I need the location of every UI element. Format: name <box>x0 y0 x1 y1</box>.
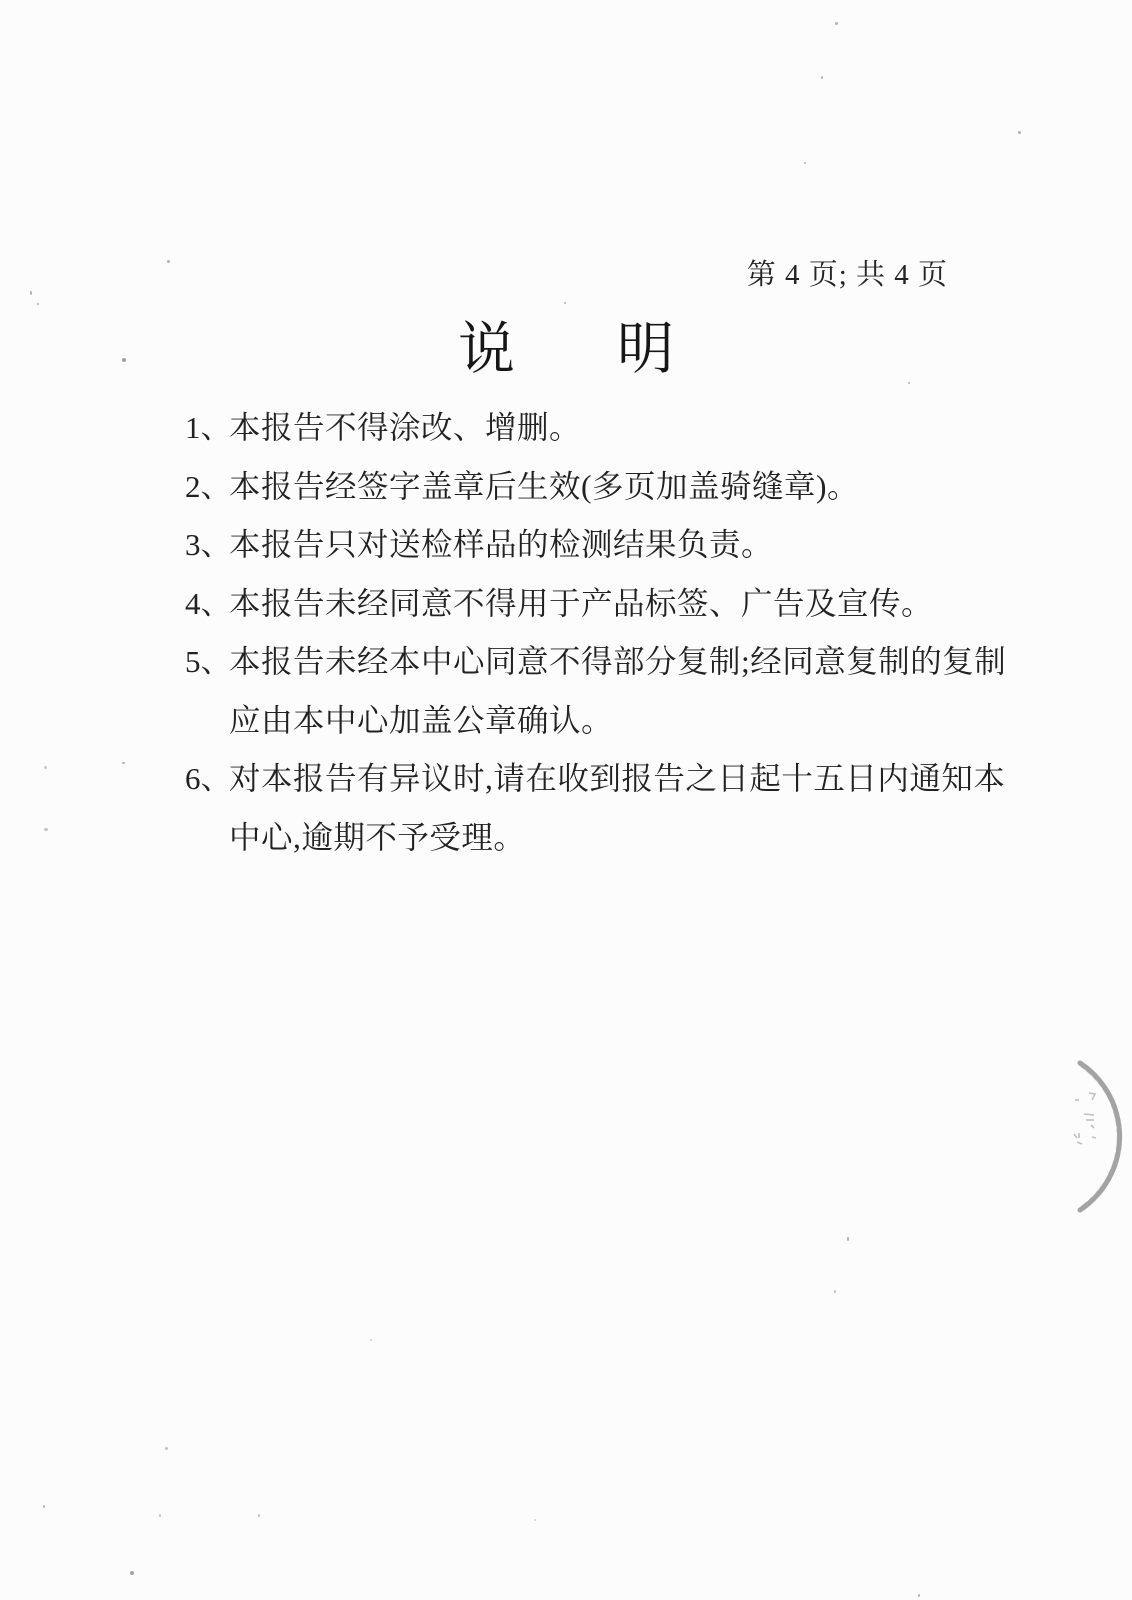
note-line: 本报告经签字盖章后生效(多页加盖骑缝章)。 <box>229 458 1045 517</box>
scan-speck <box>44 828 48 831</box>
note-line: 对本报告有异议时,请在收到报告之日起十五日内通知本 <box>229 750 1045 809</box>
scan-speck <box>122 358 126 362</box>
note-number: 1、 <box>185 399 229 458</box>
note-item-2: 2、 本报告经签字盖章后生效(多页加盖骑缝章)。 <box>185 458 1045 517</box>
scan-speck <box>258 1514 260 1517</box>
note-item-4: 4、 本报告未经同意不得用于产品标签、广告及宣传。 <box>185 575 1045 634</box>
note-line: 本报告不得涂改、增删。 <box>229 399 1045 458</box>
scan-speck <box>835 22 838 25</box>
note-number: 5、 <box>185 633 229 692</box>
partial-seal-arc-icon <box>1020 1030 1132 1230</box>
scan-speck <box>44 766 47 769</box>
scan-speck <box>908 382 910 384</box>
note-item-1: 1、 本报告不得涂改、增删。 <box>185 399 1045 458</box>
note-item-5: 5、 本报告未经本中心同意不得部分复制;经同意复制的复制 应由本中心加盖公章确认… <box>185 633 1045 750</box>
note-item-3: 3、 本报告只对送检样品的检测结果负责。 <box>185 516 1045 575</box>
note-line: 中心,逾期不予受理。 <box>229 809 1045 868</box>
note-line: 应由本中心加盖公章确认。 <box>229 692 1045 751</box>
scan-speck <box>534 1519 536 1521</box>
title-char-right: 明 <box>617 318 674 382</box>
scan-speck <box>30 291 32 295</box>
note-number: 4、 <box>185 575 229 634</box>
note-number: 6、 <box>185 750 229 809</box>
note-number: 2、 <box>185 458 229 517</box>
scan-speck <box>1018 131 1021 134</box>
scan-speck <box>165 1447 168 1450</box>
note-item-6: 6、 对本报告有异议时,请在收到报告之日起十五日内通知本 中心,逾期不予受理。 <box>185 750 1045 867</box>
scanned-report-page: 第 4 页; 共 4 页 说 明 1、 本报告不得涂改、增删。 2、 本报告经签… <box>0 0 1132 1600</box>
scan-speck <box>122 762 125 764</box>
scan-speck <box>564 302 566 304</box>
notes-list: 1、 本报告不得涂改、增删。 2、 本报告经签字盖章后生效(多页加盖骑缝章)。 … <box>185 399 1045 867</box>
scan-speck <box>918 1594 920 1597</box>
scan-speck <box>167 260 170 263</box>
title-char-left: 说 <box>458 318 515 382</box>
scan-speck <box>804 162 806 164</box>
scan-speck <box>847 1237 849 1241</box>
scan-speck <box>834 1290 836 1293</box>
page-title: 说 明 <box>0 318 1132 382</box>
note-line: 本报告未经同意不得用于产品标签、广告及宣传。 <box>229 575 1045 634</box>
scan-speck <box>43 1505 45 1508</box>
scan-speck <box>821 76 823 79</box>
scan-speck <box>370 1339 372 1341</box>
note-line: 本报告只对送检样品的检测结果负责。 <box>229 516 1045 575</box>
scan-speck <box>130 1571 134 1575</box>
note-number: 3、 <box>185 516 229 575</box>
page-number-indicator: 第 4 页; 共 4 页 <box>747 252 948 293</box>
scan-speck <box>37 303 39 305</box>
note-line: 本报告未经本中心同意不得部分复制;经同意复制的复制 <box>229 633 1045 692</box>
scan-speck <box>159 1514 161 1517</box>
